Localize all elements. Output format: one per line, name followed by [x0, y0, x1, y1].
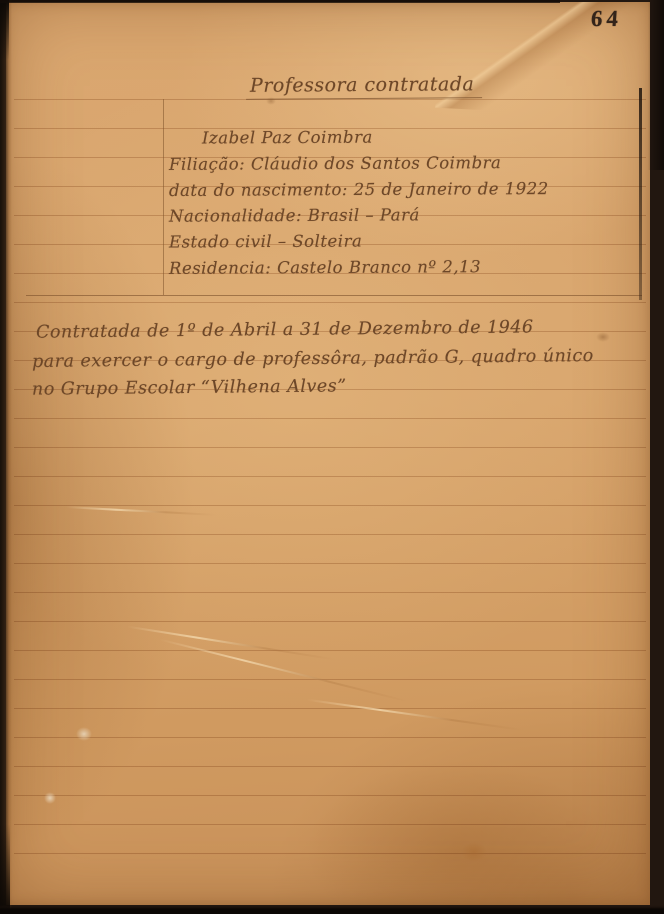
record-filiation-line: Filiação: Cláudio dos Santos Coimbra	[169, 153, 501, 174]
paper-stain	[266, 97, 276, 105]
section-divider-line	[26, 295, 642, 296]
notebook-page: 64 Professora contratada Izabel Paz Coim…	[6, 2, 650, 905]
record-marital-status-line: Estado civil – Solteira	[169, 231, 362, 251]
paper-stain	[596, 332, 610, 342]
record-name-line: Izabel Paz Coimbra	[202, 128, 373, 148]
contract-note-line: no Grupo Escolar “Vilhena Alves”	[32, 376, 347, 399]
photo-edge-top	[0, 0, 560, 3]
page-number: 64	[590, 6, 623, 32]
document-title: Professora contratada	[246, 73, 482, 100]
record-residence-line: Residencia: Castelo Branco nº 2,13	[169, 257, 481, 278]
binding-edge	[0, 0, 12, 914]
paper-stain	[461, 842, 487, 862]
record-birthdate-line: data do nascimento: 25 de Janeiro de 192…	[169, 179, 549, 200]
photo-edge-top-right	[648, 0, 664, 170]
record-nationality-line: Nacionalidade: Brasil – Pará	[169, 205, 420, 225]
record-box-left-border	[163, 99, 164, 295]
page-edge-shadow	[639, 88, 642, 300]
paper-stain	[44, 792, 56, 804]
photo-edge-bottom	[0, 905, 664, 914]
paper-stain	[76, 727, 92, 741]
scanned-photo: 64 Professora contratada Izabel Paz Coim…	[0, 0, 664, 914]
